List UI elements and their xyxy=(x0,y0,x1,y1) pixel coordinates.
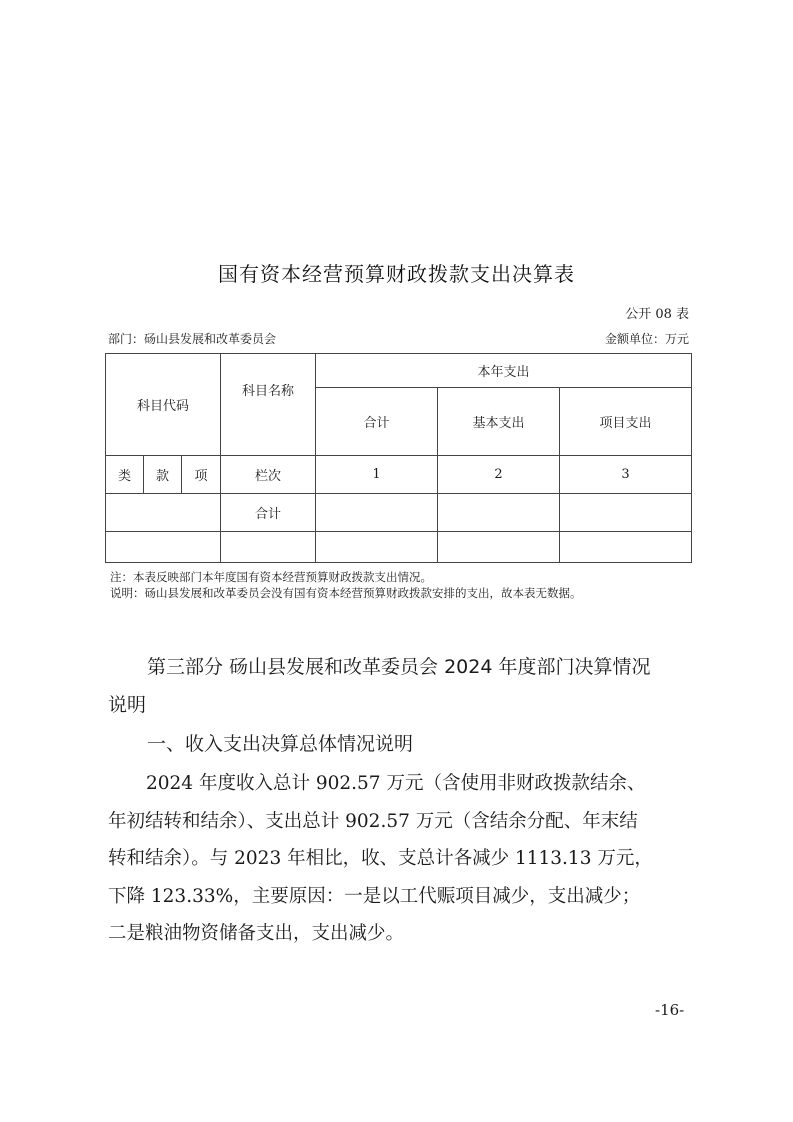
summary-paragraph: 2024 年度收入总计 902.57 万元（含使用非财政拨款结余、 年初结转和结… xyxy=(108,765,698,953)
header-category: 类 xyxy=(106,456,144,494)
row-total xyxy=(316,494,438,532)
expenditure-table: 科目代码 科目名称 本年支出 合计 基本支出 项目支出 类 款 项 栏次 1 2… xyxy=(105,353,692,563)
row-total xyxy=(316,532,438,563)
row-code xyxy=(106,494,221,532)
table-row: 合计 xyxy=(106,494,692,532)
paragraph-line: 转和结余）。与 2023 年相比，收、支总计各减少 1113.13 万元， xyxy=(108,840,698,878)
paragraph-line: 二是粮油物资储备支出，支出减少。 xyxy=(108,915,698,953)
row-code xyxy=(106,532,221,563)
row-name xyxy=(221,532,316,563)
paragraph-line: 年初结转和结余）、支出总计 902.57 万元（含结余分配、年末结 xyxy=(108,803,698,841)
section-title: 第三部分 砀山县发展和改革委员会 2024 年度部门决算情况 xyxy=(147,652,650,679)
row-name: 合计 xyxy=(221,494,316,532)
table-row xyxy=(106,532,692,563)
section-title-continued: 说明 xyxy=(108,690,146,717)
row-basic xyxy=(438,494,560,532)
header-item: 项 xyxy=(182,456,221,494)
header-subject-name: 科目名称 xyxy=(221,354,316,456)
paragraph-line: 2024 年度收入总计 902.57 万元（含使用非财政拨款结余、 xyxy=(108,765,698,803)
header-total: 合计 xyxy=(316,388,438,456)
column-number-3: 3 xyxy=(560,456,692,494)
note-line: 说明：砀山县发展和改革委员会没有国有资本经营预算财政拨款安排的支出，故本表无数据… xyxy=(110,585,582,601)
department-label: 部门：砀山县发展和改革委员会 xyxy=(108,330,276,347)
page-number: -16- xyxy=(655,1001,684,1019)
header-project-expenditure: 项目支出 xyxy=(560,388,692,456)
paragraph-line: 下降 123.33%，主要原因：一是以工代赈项目减少，支出减少； xyxy=(108,878,698,916)
row-project xyxy=(560,532,692,563)
subsection-title: 一、收入支出决算总体情况说明 xyxy=(147,729,413,756)
table-title: 国有资本经营预算财政拨款支出决算表 xyxy=(0,258,793,287)
row-basic xyxy=(438,532,560,563)
header-basic-expenditure: 基本支出 xyxy=(438,388,560,456)
column-label: 栏次 xyxy=(221,456,316,494)
header-section: 款 xyxy=(144,456,182,494)
row-project xyxy=(560,494,692,532)
header-current-year-expenditure: 本年支出 xyxy=(316,354,692,388)
column-number-1: 1 xyxy=(316,456,438,494)
unit-label: 金额单位：万元 xyxy=(605,330,689,347)
header-subject-code: 科目代码 xyxy=(106,354,221,456)
form-number: 公开 08 表 xyxy=(625,303,689,322)
note-line: 注：本表反映部门本年度国有资本经营预算财政拨款支出情况。 xyxy=(110,569,582,585)
column-number-2: 2 xyxy=(438,456,560,494)
table-notes: 注：本表反映部门本年度国有资本经营预算财政拨款支出情况。 说明：砀山县发展和改革… xyxy=(110,569,582,601)
